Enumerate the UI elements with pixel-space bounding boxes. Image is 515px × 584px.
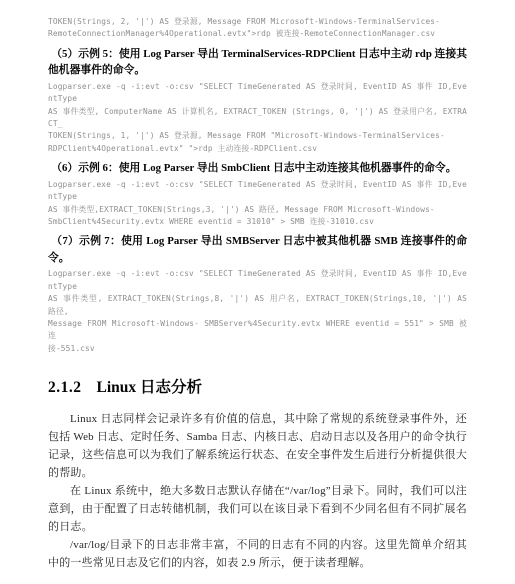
section-title: Linux 日志分析 [97,379,203,396]
paragraph: /var/log/目录下的日志非常丰富，不同的日志有不同的内容。这里先简单介绍其… [48,536,467,572]
example-6-heading: （6）示例 6：使用 Log Parser 导出 SmbClient 日志中主动… [48,160,467,177]
paragraph: Linux 日志同样会记录许多有价值的信息，其中除了常规的系统登录事件外，还包括… [48,410,467,482]
section-number: 2.1.2 [48,379,82,396]
code-line: Logparser.exe -q -i:evt -o:csv "SELECT T… [48,268,467,293]
code-line: Logparser.exe -q -i:evt -o:csv "SELECT T… [48,179,467,204]
example-5-heading: （5）示例 5：使用 Log Parser 导出 TerminalService… [48,46,467,79]
code-line: 接-551.csv [48,343,467,355]
code-block-continuation: TOKEN(Strings, 2, '|') AS 登录源, Message F… [48,16,467,41]
code-line: Logparser.exe -q -i:evt -o:csv "SELECT T… [48,81,467,106]
code-line: TOKEN(Strings, 1, '|') AS 登录源, Message F… [48,130,467,142]
code-line: SmbClient%4Security.evtx WHERE eventid =… [48,216,467,228]
code-line: AS 事件类型, ComputerName AS 计算机名, EXTRACT_T… [48,106,467,131]
code-line: AS 事件类型, EXTRACT_TOKEN(Strings,8, '|') A… [48,293,467,318]
example-5-code-block: Logparser.exe -q -i:evt -o:csv "SELECT T… [48,81,467,155]
example-7-heading: （7）示例 7：使用 Log Parser 导出 SMBServer 日志中被其… [48,233,467,266]
example-6-code-block: Logparser.exe -q -i:evt -o:csv "SELECT T… [48,179,467,229]
book-page: TOKEN(Strings, 2, '|') AS 登录源, Message F… [0,0,515,584]
code-line: Message FROM Microsoft-Windows- SMBServe… [48,318,467,343]
paragraph: 在 Linux 系统中，绝大多数日志默认存储在“/var/log”目录下。同时，… [48,482,467,536]
section-heading: 2.1.2Linux 日志分析 [48,377,467,398]
example-7-code-block: Logparser.exe -q -i:evt -o:csv "SELECT T… [48,268,467,355]
code-line: RDPClient%4Operational.evtx" ">rdp 主动连接-… [48,143,467,155]
code-line: AS 事件类型,EXTRACT_TOKEN(Strings,3, '|') AS… [48,204,467,216]
code-line: RemoteConnectionManager%4Operational.evt… [48,28,467,40]
code-line: TOKEN(Strings, 2, '|') AS 登录源, Message F… [48,16,467,28]
